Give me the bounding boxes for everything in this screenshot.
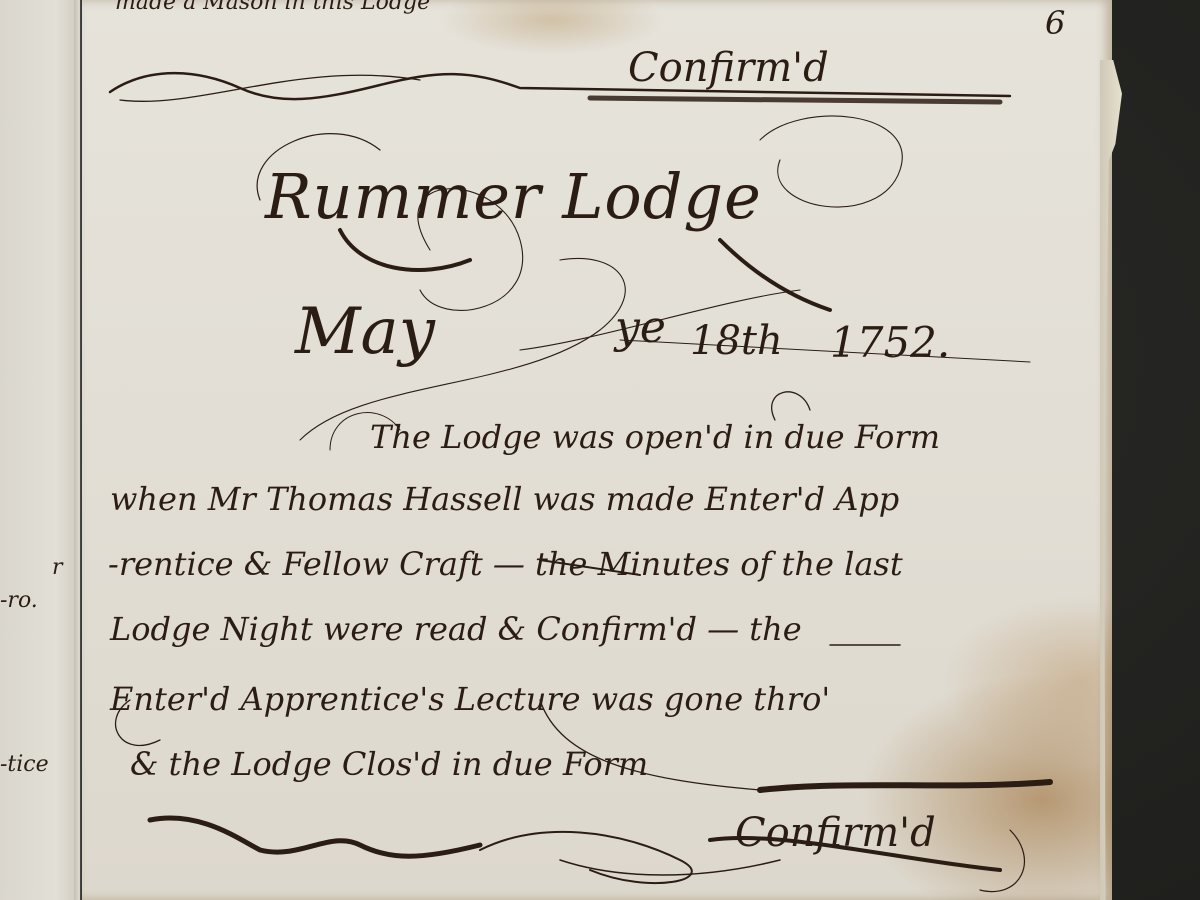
minutes-line: Enter'd Apprentice's Lecture was gone th…	[110, 680, 830, 718]
previous-entry-fragment: made a Mason in this Lodge	[115, 0, 430, 15]
date-ye: ye	[615, 302, 666, 353]
left-page-fragment: -ro.	[0, 588, 38, 613]
minutes-line: & the Lodge Clos'd in due Form	[130, 745, 648, 783]
minutes-line: The Lodge was open'd in due Form	[370, 418, 940, 456]
left-page-fragment: -tice	[0, 752, 49, 777]
minutes-line: -rentice & Fellow Craft — the Minutes of…	[108, 545, 903, 583]
previous-entry-confirmation: Confirm'd	[628, 45, 829, 91]
date-month: May	[295, 295, 435, 369]
corner-mark: 6	[1045, 4, 1065, 42]
minutes-line: Lodge Night were read & Confirm'd — the	[110, 610, 802, 648]
minutes-line: when Mr Thomas Hassell was made Enter'd …	[110, 480, 899, 518]
date-year: 1752.	[830, 318, 950, 367]
lodge-name-heading: Rummer Lodge	[265, 160, 762, 233]
date-day: 18th	[690, 318, 783, 364]
left-page-fragment: r	[52, 555, 63, 580]
left-page: r -ro. -tice	[0, 0, 80, 900]
closing-confirmation: Confirm'd	[735, 810, 936, 856]
